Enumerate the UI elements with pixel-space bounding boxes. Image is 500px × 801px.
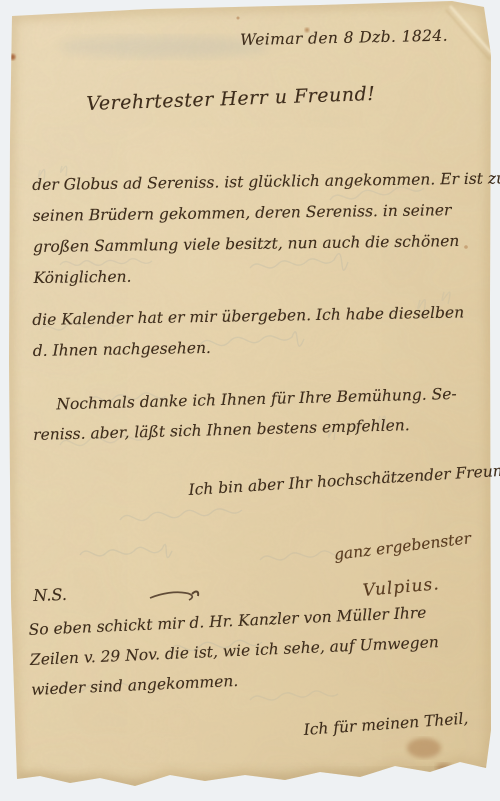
scanned-letter-page: Weimar den 8 Dzb. 1824. Verehrtester Her… xyxy=(0,0,500,801)
letter-line: Königlichen. xyxy=(33,256,500,294)
bottom-stain xyxy=(436,763,452,773)
foxing-spot xyxy=(237,17,240,20)
foxing-spot xyxy=(10,54,16,60)
bottom-stain xyxy=(407,738,441,758)
gray-smudge xyxy=(60,36,270,58)
letter-line: großen Sammlung viele besitzt, nun auch … xyxy=(33,225,500,263)
paragraph-2: die Kalender hat er mir übergeben. Ich h… xyxy=(32,297,465,367)
postscript: So eben schickt mir d. Hr. Kanzler von M… xyxy=(28,597,441,705)
paragraph-3: Nochmals danke ich Ihnen für Ihre Bemühu… xyxy=(32,379,458,450)
postscript-label: N.S. xyxy=(33,585,67,605)
paragraph-1: der Globus ad Sereniss. ist glücklich an… xyxy=(32,163,500,294)
